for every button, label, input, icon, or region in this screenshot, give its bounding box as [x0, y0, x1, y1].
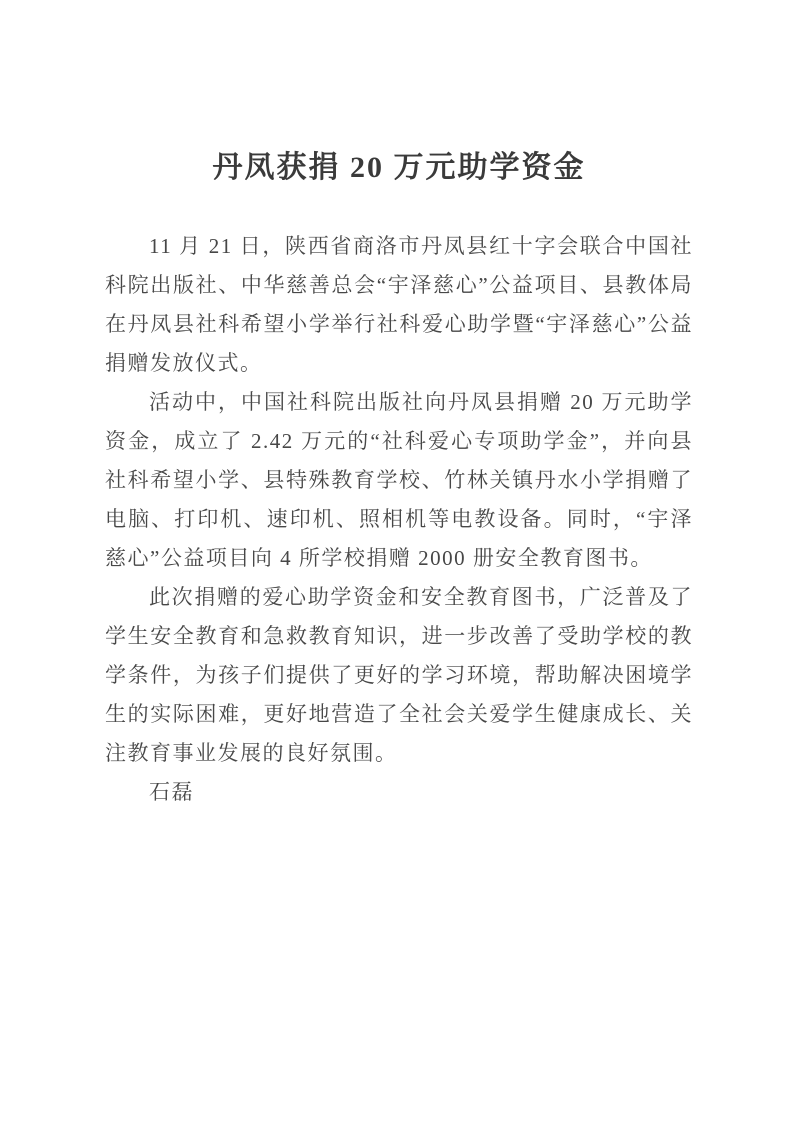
document-body: 11 月 21 日，陕西省商洛市丹凤县红十字会联合中国社科院出版社、中华慈善总会…	[105, 227, 693, 812]
paragraph-1: 11 月 21 日，陕西省商洛市丹凤县红十字会联合中国社科院出版社、中华慈善总会…	[105, 227, 693, 383]
document-title: 丹凤获捐 20 万元助学资金	[105, 149, 693, 186]
document-page: 丹凤获捐 20 万元助学资金 11 月 21 日，陕西省商洛市丹凤县红十字会联合…	[0, 0, 793, 1122]
paragraph-3: 此次捐赠的爱心助学资金和安全教育图书，广泛普及了学生安全教育和急救教育知识，进一…	[105, 578, 693, 773]
signature: 石磊	[105, 773, 693, 812]
paragraph-2: 活动中，中国社科院出版社向丹凤县捐赠 20 万元助学资金，成立了 2.42 万元…	[105, 383, 693, 578]
